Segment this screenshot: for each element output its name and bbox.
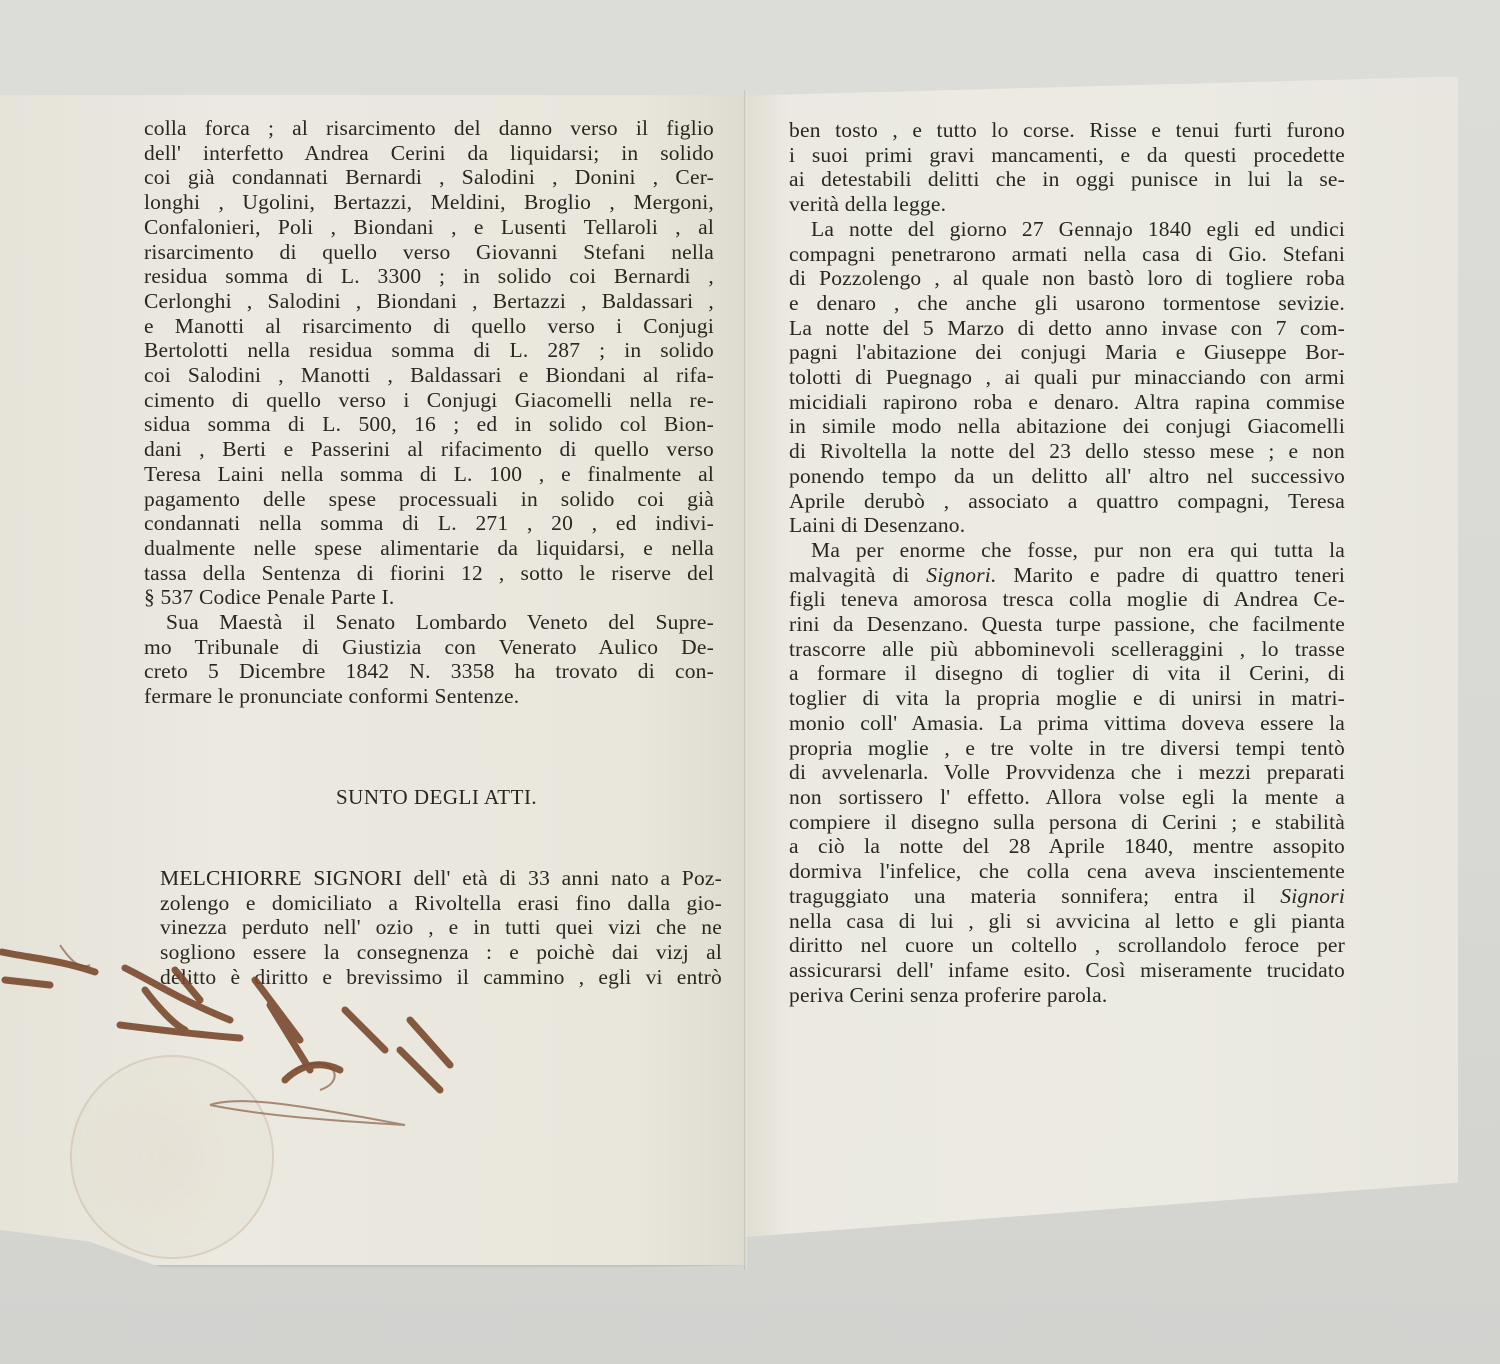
document-photo: colla forca ; al risarcimento del danno …	[0, 0, 1500, 1364]
text-line: tassa della Sentenza di fiorini 12 , sot…	[144, 561, 714, 586]
text-line: dell' interfetto Andrea Cerini da liquid…	[144, 141, 714, 166]
text-line: La notte del 5 Marzo di detto anno invas…	[789, 316, 1345, 341]
text-line: e denaro , che anche gli usarono torment…	[789, 291, 1345, 316]
text-line: mo Tribunale di Giustizia con Venerato A…	[144, 635, 714, 660]
text-line: compagni penetrarono armati nella casa d…	[789, 242, 1345, 267]
text-line: ben tosto , e tutto lo corse. Risse e te…	[789, 118, 1345, 143]
text-line: monio coll' Amasia. La prima vittima dov…	[789, 711, 1345, 736]
text-line: La notte del giorno 27 Gennajo 1840 egli…	[789, 217, 1345, 242]
text-line: fermare le pronunciate conformi Sentenze…	[144, 684, 714, 709]
text-line: coi già condannati Bernardi , Salodini ,…	[144, 165, 714, 190]
text-line: tolotti di Puegnago , ai quali pur minac…	[789, 365, 1345, 390]
text-fragment: Marito e padre di quattro teneri	[997, 563, 1345, 587]
text-line: figli teneva amorosa tresca colla moglie…	[789, 587, 1345, 612]
text-line: risarcimento di quello verso Giovanni St…	[144, 240, 714, 265]
text-line: e Manotti al risarcimento di quello vers…	[144, 314, 714, 339]
text-line: compiere il disegno sulla persona di Cer…	[789, 810, 1345, 835]
text-line: coi Salodini , Manotti , Baldassari e Bi…	[144, 363, 714, 388]
text-line: MELCHIORRE SIGNORI dell' età di 33 anni …	[160, 866, 722, 891]
text-line: di Pozzolengo , al quale non bastò loro …	[789, 266, 1345, 291]
text-line: ponendo tempo da un delitto all' altro n…	[789, 464, 1345, 489]
text-line: colla forca ; al risarcimento del danno …	[144, 116, 714, 141]
text-line: condannati nella somma di L. 271 , 20 , …	[144, 511, 714, 536]
text-line: creto 5 Dicembre 1842 N. 3358 ha trovato…	[144, 659, 714, 684]
text-line: non sortissero l' effetto. Allora volse …	[789, 785, 1345, 810]
text-line: nella casa di lui , gli si avvicina al l…	[789, 909, 1345, 934]
text-line: cimento di quello verso i Conjugi Giacom…	[144, 388, 714, 413]
left-column-text: colla forca ; al risarcimento del danno …	[144, 116, 714, 709]
right-column-text: ben tosto , e tutto lo corse. Risse e te…	[789, 118, 1345, 1007]
text-line: dani , Berti e Passerini al rifacimento …	[144, 437, 714, 462]
text-line: Confalonieri, Poli , Biondani , e Lusent…	[144, 215, 714, 240]
text-line: i suoi primi gravi mancamenti, e da ques…	[789, 143, 1345, 168]
text-line: micidiali rapirono roba e denaro. Altra …	[789, 390, 1345, 415]
text-fragment: traguggiato una materia sonnifera; entra…	[789, 884, 1280, 908]
text-line: Laini di Desenzano.	[789, 513, 1345, 538]
text-line: Bertolotti nella residua somma di L. 287…	[144, 338, 714, 363]
page-fold	[744, 90, 747, 1270]
text-line: periva Cerini senza proferire parola.	[789, 983, 1345, 1008]
text-line: Sua Maestà il Senato Lombardo Veneto del…	[144, 610, 714, 635]
text-line: dormiva l'infelice, che colla cena aveva…	[789, 859, 1345, 884]
text-fragment: malvagità di	[789, 563, 926, 587]
text-line: di Rivoltella la notte del 23 dello stes…	[789, 439, 1345, 464]
text-line: a formare il disegno di toglier di vita …	[789, 661, 1345, 686]
handwritten-signature	[0, 930, 520, 1130]
text-line: malvagità di Signori. Marito e padre di …	[789, 563, 1345, 588]
section-heading: SUNTO DEGLI ATTI.	[336, 785, 537, 810]
text-line: traguggiato una materia sonnifera; entra…	[789, 884, 1345, 909]
text-line: Ma per enorme che fosse, pur non era qui…	[789, 538, 1345, 563]
text-line: assicurarsi dell' infame esito. Così mis…	[789, 958, 1345, 983]
italic-name: Signori	[1280, 884, 1345, 908]
text-line: Teresa Laini nella somma di L. 100 , e f…	[144, 462, 714, 487]
text-line: pagamento delle spese processuali in sol…	[144, 487, 714, 512]
text-line: in simile modo nella abitazione dei conj…	[789, 414, 1345, 439]
text-line: di avvelenarla. Volle Provvidenza che i …	[789, 760, 1345, 785]
text-line: pagni l'abitazione dei conjugi Maria e G…	[789, 340, 1345, 365]
text-line: § 537 Codice Penale Parte I.	[144, 585, 714, 610]
text-line: Cerlonghi , Salodini , Biondani , Bertaz…	[144, 289, 714, 314]
text-line: verità della legge.	[789, 192, 1345, 217]
text-line: toglier di vita la propria moglie e di u…	[789, 686, 1345, 711]
text-line: trascorre alle più abbominevoli scellera…	[789, 637, 1345, 662]
text-line: propria moglie , e tre volte in tre dive…	[789, 736, 1345, 761]
text-line: a ciò la notte del 28 Aprile 1840, mentr…	[789, 834, 1345, 859]
text-line: diritto nel cuore un coltello , scrollan…	[789, 933, 1345, 958]
italic-name: Signori.	[926, 563, 996, 587]
text-line: rini da Desenzano. Questa turpe passione…	[789, 612, 1345, 637]
text-line: ai detestabili delitti che in oggi punis…	[789, 167, 1345, 192]
text-line: Aprile derubò , associato a quattro comp…	[789, 489, 1345, 514]
text-line: longhi , Ugolini, Bertazzi, Meldini, Bro…	[144, 190, 714, 215]
text-line: dualmente nelle spese alimentarie da liq…	[144, 536, 714, 561]
text-line: zolengo e domiciliato a Rivoltella erasi…	[160, 891, 722, 916]
text-line: sidua somma di L. 500, 16 ; ed in solido…	[144, 412, 714, 437]
text-line: residua somma di L. 3300 ; in solido coi…	[144, 264, 714, 289]
